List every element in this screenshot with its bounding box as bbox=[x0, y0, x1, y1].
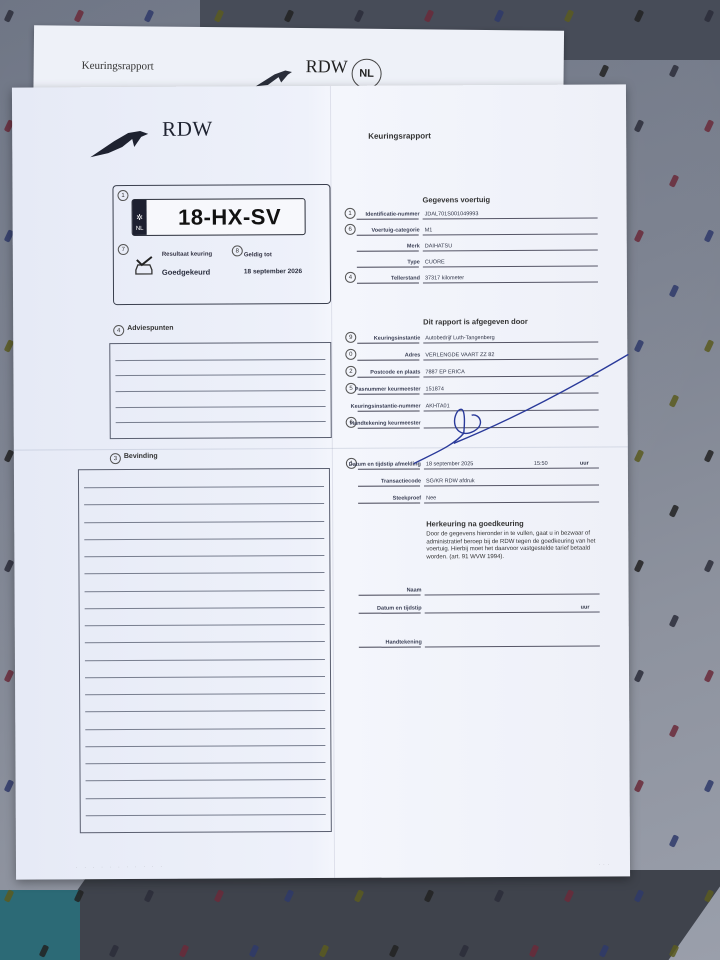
seat-shadow-bottom bbox=[28, 870, 720, 960]
field-number: 9 bbox=[345, 332, 356, 343]
writing-line bbox=[85, 745, 325, 747]
field-value: Autobedrijf Luth-Tangenberg bbox=[425, 335, 494, 341]
label-underline bbox=[357, 266, 419, 267]
form-row: TypeCUORE bbox=[343, 253, 598, 268]
label-underline bbox=[357, 250, 419, 251]
nl-country-badge: NL bbox=[351, 59, 381, 89]
back-page-brand: RDW bbox=[306, 56, 348, 77]
field-label: Datum en tijdstip bbox=[377, 606, 422, 612]
footer-code: · · · bbox=[599, 861, 610, 866]
writing-line bbox=[85, 693, 325, 695]
writing-line bbox=[116, 390, 326, 392]
value-underline bbox=[424, 485, 599, 487]
form-row: 9KeuringsinstantieAutobedrijf Luth-Tange… bbox=[343, 329, 598, 344]
findings-box[interactable] bbox=[78, 468, 332, 833]
form-row: 1Identificatie-nummerJDAL701S001049993 bbox=[343, 205, 598, 220]
label-underline bbox=[358, 485, 420, 486]
vehicle-section-title: Gegevens voertuig bbox=[423, 195, 491, 204]
time-unit: uur bbox=[581, 605, 590, 611]
reinspection-title: Herkeuring na goedkeuring bbox=[426, 519, 524, 529]
field-label: Handtekening bbox=[385, 640, 421, 646]
label-underline bbox=[357, 282, 419, 283]
writing-line bbox=[85, 641, 325, 643]
field-value: SG/KR RDW afdruk bbox=[426, 478, 475, 484]
findings-title: Bevinding bbox=[124, 453, 158, 460]
writing-line bbox=[85, 659, 325, 661]
footer-print-code: · · · · · · · · · · · bbox=[76, 864, 165, 869]
field-number: 4 bbox=[113, 325, 124, 336]
writing-line bbox=[85, 676, 325, 678]
form-row: SteekproefNee bbox=[344, 489, 599, 504]
issuer-section-title: Dit rapport is afgegeven door bbox=[423, 317, 528, 327]
writing-line bbox=[85, 607, 325, 609]
value-underline[interactable] bbox=[425, 594, 600, 596]
label-underline bbox=[357, 342, 419, 343]
writing-line bbox=[85, 624, 325, 626]
writing-line bbox=[85, 710, 325, 712]
writing-line bbox=[84, 486, 324, 488]
inspection-report-page: RDW Keuringsrapport 1 ✲ NL 18-HX-SV 7 Re… bbox=[12, 84, 630, 879]
field-label: Steekproef bbox=[393, 496, 421, 502]
valid-until-value: 18 september 2026 bbox=[244, 268, 302, 275]
value-underline bbox=[424, 502, 599, 504]
label-underline bbox=[357, 218, 419, 219]
license-plate: ✲ NL 18-HX-SV bbox=[132, 198, 306, 236]
form-row: MerkDAIHATSU bbox=[343, 237, 598, 252]
writing-line bbox=[115, 359, 325, 361]
form-row: 4Tellerstand37317 kilometer bbox=[343, 269, 598, 284]
field-value: 37317 kilometer bbox=[425, 275, 464, 281]
field-label: Keuringsinstantie bbox=[374, 336, 420, 342]
vehicle-summary-card: 1 ✲ NL 18-HX-SV 7 Resultaat keuring Goed… bbox=[112, 184, 331, 305]
field-label: Type bbox=[407, 260, 419, 266]
field-label: Voertuig-categorie bbox=[371, 228, 419, 234]
writing-line bbox=[85, 762, 325, 764]
writing-line bbox=[84, 538, 324, 540]
field-label: Merk bbox=[407, 244, 420, 250]
writing-line bbox=[86, 796, 326, 798]
field-label: Naam bbox=[407, 588, 422, 594]
field-number: 3 bbox=[110, 453, 121, 464]
label-underline bbox=[358, 502, 420, 503]
registration-number: 18-HX-SV bbox=[155, 199, 305, 235]
eu-strip: ✲ NL bbox=[133, 200, 147, 235]
reinspection-text: Door de gegevens hieronder in te vullen,… bbox=[426, 531, 606, 562]
field-label: Tellerstand bbox=[391, 276, 420, 282]
field-number: 8 bbox=[232, 245, 243, 256]
result-label: Resultaat keuring bbox=[162, 252, 212, 258]
value-underline bbox=[423, 342, 598, 344]
field-label: Identificatie-nummer bbox=[365, 212, 419, 218]
value-underline[interactable] bbox=[425, 646, 600, 648]
field-number: 1 bbox=[117, 190, 128, 201]
writing-line bbox=[115, 374, 325, 376]
value-underline bbox=[423, 282, 598, 284]
field-value: DAIHATSU bbox=[425, 243, 452, 249]
field-number: 7 bbox=[118, 244, 129, 255]
car-check-icon bbox=[134, 256, 156, 276]
form-row: TransactiecodeSG/KR RDW afdruk bbox=[344, 472, 599, 487]
field-label: Transactiecode bbox=[381, 479, 421, 485]
brand-name: RDW bbox=[162, 117, 213, 142]
field-value: JDAL701S001049993 bbox=[425, 211, 479, 217]
writing-line bbox=[84, 555, 324, 557]
writing-line bbox=[85, 728, 325, 730]
reinspection-field[interactable]: Naam bbox=[345, 581, 600, 596]
rdw-bird-logo-icon bbox=[88, 127, 150, 159]
field-value: CUORE bbox=[425, 259, 445, 265]
value-underline[interactable] bbox=[425, 612, 600, 614]
field-number: 4 bbox=[345, 272, 356, 283]
field-number: 2 bbox=[345, 366, 356, 377]
label-underline bbox=[359, 594, 421, 595]
rdw-bird-logo-icon bbox=[253, 68, 295, 88]
advice-box[interactable] bbox=[109, 342, 331, 439]
reinspection-field[interactable]: Datum en tijdstip uur bbox=[345, 599, 600, 614]
writing-line bbox=[116, 406, 326, 408]
form-row: 6Voertuig-categorieM1 bbox=[343, 221, 598, 236]
writing-line bbox=[86, 814, 326, 816]
field-number: 1 bbox=[345, 208, 356, 219]
reinspection-field[interactable]: Handtekening bbox=[345, 633, 600, 648]
writing-line bbox=[86, 779, 326, 781]
back-page-title: Keuringsrapport bbox=[82, 60, 154, 73]
eu-stars-icon: ✲ bbox=[136, 213, 143, 222]
value-underline bbox=[423, 234, 598, 236]
field-number: 6 bbox=[345, 224, 356, 235]
field-value: Nee bbox=[426, 495, 436, 501]
valid-until-label: Geldig tot bbox=[244, 252, 272, 258]
label-underline bbox=[357, 234, 419, 235]
writing-line bbox=[85, 590, 325, 592]
advice-title: Adviespunten bbox=[127, 325, 173, 332]
value-underline bbox=[423, 266, 598, 268]
value-underline bbox=[423, 250, 598, 252]
label-underline bbox=[359, 646, 421, 647]
field-number: 0 bbox=[345, 349, 356, 360]
plate-country: NL bbox=[136, 226, 144, 232]
value-underline bbox=[423, 218, 598, 220]
writing-line bbox=[84, 572, 324, 574]
label-underline bbox=[359, 612, 421, 613]
writing-line bbox=[116, 421, 326, 423]
report-title: Keuringsrapport bbox=[368, 131, 431, 140]
writing-line bbox=[84, 503, 324, 505]
field-value: M1 bbox=[425, 227, 433, 233]
inspector-signature bbox=[393, 352, 634, 473]
writing-line bbox=[84, 521, 324, 523]
result-value: Goedgekeurd bbox=[162, 268, 210, 277]
